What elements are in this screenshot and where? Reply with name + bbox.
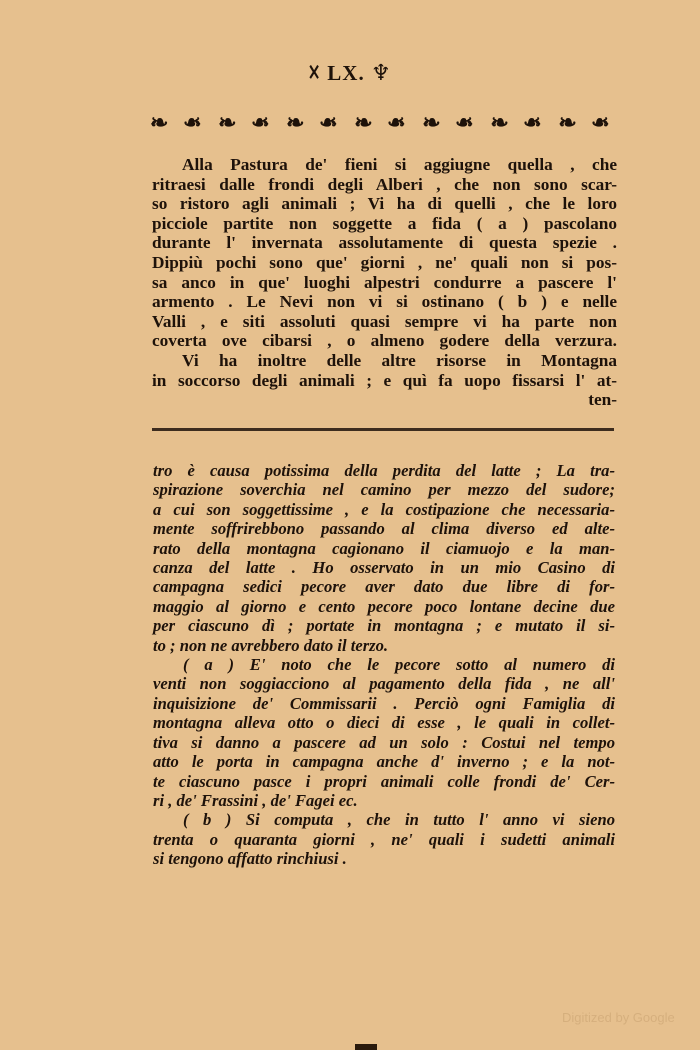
fleuron-ornament-icon: ❧ [592,110,609,136]
text-line: durante l' invernata assolutamente di qu… [152,233,617,253]
text-line: so ristoro agli animali ; Vi ha di quell… [152,194,617,214]
footnote-line: spirazione soverchia nel camino per mezz… [153,480,615,499]
footnote-a-start: ( a ) E' noto che le pecore sotto al num… [153,655,615,674]
fleuron-ornament-icon: ❧ [184,110,201,136]
fleuron-ornament-icon: ❧ [388,110,405,136]
text-line: ritraesi dalle frondi degli Alberi , che… [152,175,617,195]
header-right-ornament-icon: ♆ [371,60,392,85]
footnote-line: trenta o quaranta giorni , ne' quali i s… [153,830,615,849]
text-line: Alla Pastura de' fieni si aggiugne quell… [152,155,617,175]
fleuron-ornament-icon: ❧ [252,110,269,136]
fleuron-ornament-icon: ❧ [320,110,337,136]
fleuron-ornament-icon: ❧ [218,110,235,136]
fleuron-ornament-icon: ❧ [422,110,439,136]
fleuron-ornament-icon: ❧ [286,110,303,136]
text-line: sa anco in que' luoghi alpestri condurre… [152,273,617,293]
footnote-line: te ciascuno pasce i propri animali colle… [153,772,615,791]
footnote-line: canza del latte . Ho osservato in un mio… [153,558,615,577]
footnote-line: tro è causa potissima della perdita del … [153,461,615,480]
header-left-ornament-icon: ☓ [308,60,321,85]
fleuron-ornament-icon: ❧ [354,110,371,136]
footnote-line: atto le porta in campagna anche d' inver… [153,752,615,771]
fleuron-ornament-icon: ❧ [558,110,575,136]
footnote-line: si tengono affatto rinchiusi . [153,849,615,868]
footnote-line: maggio al giorno e cento pecore poco lon… [153,597,615,616]
catchword: ten- [152,390,617,410]
footnote-line: inquisizione de' Commissarii . Perciò og… [153,694,615,713]
text-line: in soccorso degli animali ; e quì fa uop… [152,371,617,391]
decorative-ornament-band: ❧❧❧❧❧❧❧❧❧❧❧❧❧❧ [150,108,610,138]
footnote-line: mente soffrirebbono passando al clima di… [153,519,615,538]
footnote-line: montagna alleva otto o dieci di esse , l… [153,713,615,732]
footnote-line: per ciascuno dì ; portate in montagna ; … [153,616,615,635]
footnote-line: to ; non ne avrebbero dato il terzo. [153,636,615,655]
fleuron-ornament-icon: ❧ [150,110,167,136]
footnote-line: venti non soggiacciono al pagamento dell… [153,674,615,693]
digitization-watermark: Digitized by Google [562,1010,675,1025]
text-line: armento . Le Nevi non vi si ostinano ( b… [152,292,617,312]
fleuron-ornament-icon: ❧ [490,110,507,136]
main-body-text: Alla Pastura de' fieni si aggiugne quell… [152,155,617,410]
footnote-line: campagna sedici pecore aver dato due lib… [153,577,615,596]
page-header: ☓ LX. ♆ [0,60,700,86]
page-bottom-mark [355,1044,377,1050]
footnote-line: a cui son soggettissime , e la costipazi… [153,500,615,519]
fleuron-ornament-icon: ❧ [524,110,541,136]
page-number: LX. [327,61,364,85]
footnotes: tro è causa potissima della perdita del … [153,461,615,869]
text-line: picciole partite non soggette a fida ( a… [152,214,617,234]
footnote-line: rato della montagna cagionano il ciamuoj… [153,539,615,558]
footnote-line: tiva si danno a pascere ad un solo : Cos… [153,733,615,752]
footnote-b-start: ( b ) Si computa , che in tutto l' anno … [153,810,615,829]
footnote-separator-rule [152,428,614,431]
fleuron-ornament-icon: ❧ [456,110,473,136]
text-line: Vi ha inoltre delle altre risorse in Mon… [152,351,617,371]
text-line: Valli , e siti assoluti quasi sempre vi … [152,312,617,332]
footnote-line: ri , de' Frassini , de' Fagei ec. [153,791,615,810]
text-line: Dippiù pochi sono que' giorni , ne' qual… [152,253,617,273]
text-line: coverta ove cibarsi , o almeno godere de… [152,331,617,351]
